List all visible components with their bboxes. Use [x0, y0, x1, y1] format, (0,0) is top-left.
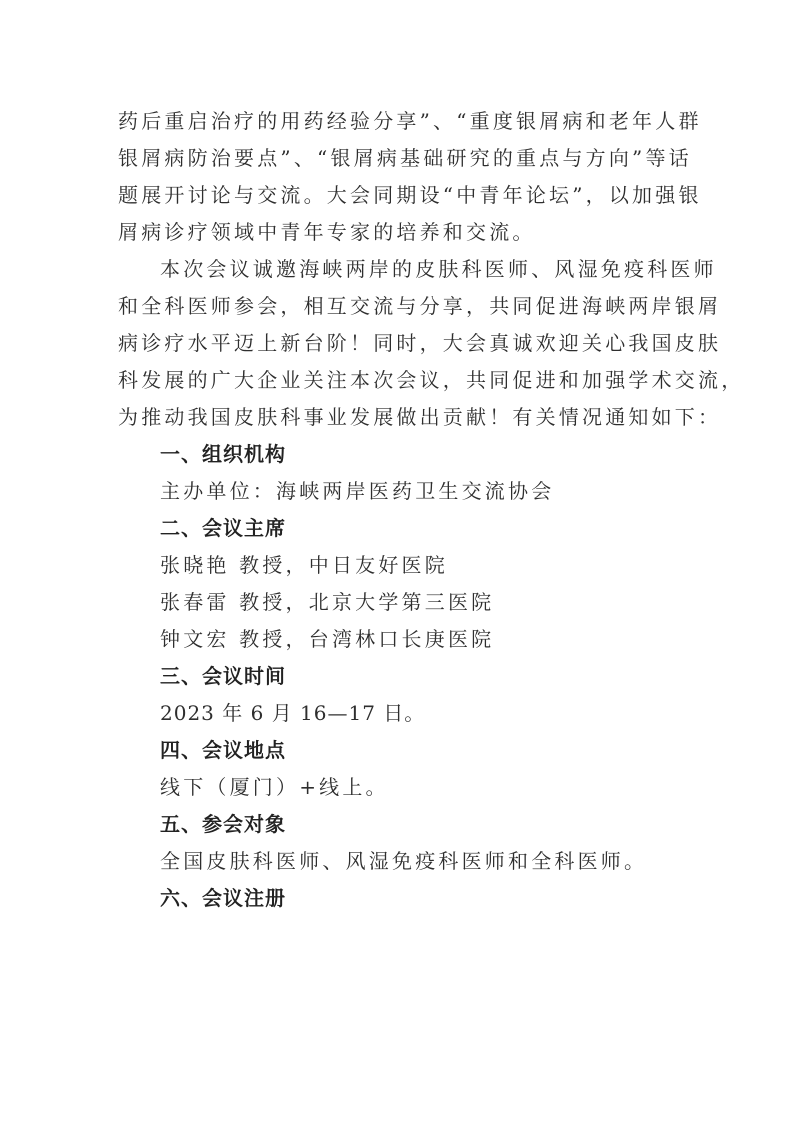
paragraph-line: 屑病诊疗领域中青年专家的培养和交流。: [118, 214, 678, 251]
target-attendees: 全国皮肤科医师、风湿免疫科医师和全科医师。: [118, 843, 678, 880]
paragraph-line: 和全科医师参会，相互交流与分享，共同促进海峡两岸银屑: [118, 288, 678, 325]
section-location: 四、会议地点 线下（厦门）+线上。: [118, 732, 678, 806]
document-page: 药后重启治疗的用药经验分享”、“重度银屑病和老年人群 银屑病防治要点”、“银屑病…: [0, 0, 793, 1122]
paragraph-line: 科发展的广大企业关注本次会议，共同促进和加强学术交流，: [118, 362, 678, 399]
paragraph-line: 为推动我国皮肤科事业发展做出贡献！有关情况通知如下：: [118, 399, 678, 436]
section-heading: 二、会议主席: [118, 510, 678, 547]
meeting-date: 2023 年 6 月 16—17 日。: [118, 695, 678, 732]
meeting-location: 线下（厦门）+线上。: [118, 769, 678, 806]
paragraph-line: 药后重启治疗的用药经验分享”、“重度银屑病和老年人群: [118, 103, 678, 140]
intro-paragraph: 药后重启治疗的用药经验分享”、“重度银屑病和老年人群 银屑病防治要点”、“银屑病…: [118, 103, 678, 251]
section-time: 三、会议时间 2023 年 6 月 16—17 日。: [118, 658, 678, 732]
paragraph-line: 题展开讨论与交流。大会同期设“中青年论坛”，以加强银: [118, 177, 678, 214]
paragraph-line: 病诊疗水平迈上新台阶！同时，大会真诚欢迎关心我国皮肤: [118, 325, 678, 362]
section-organization: 一、组织机构 主办单位：海峡两岸医药卫生交流协会: [118, 436, 678, 510]
paragraph-line: 本次会议诚邀海峡两岸的皮肤科医师、风湿免疫科医师: [118, 251, 678, 288]
chair-entry: 张春雷 教授，北京大学第三医院: [118, 584, 678, 621]
chair-entry: 张晓艳 教授，中日友好医院: [118, 547, 678, 584]
chair-entry: 钟文宏 教授，台湾林口长庚医院: [118, 621, 678, 658]
section-registration: 六、会议注册: [118, 880, 678, 917]
section-chairs: 二、会议主席 张晓艳 教授，中日友好医院 张春雷 教授，北京大学第三医院 钟文宏…: [118, 510, 678, 658]
document-body: 药后重启治疗的用药经验分享”、“重度银屑病和老年人群 银屑病防治要点”、“银屑病…: [118, 103, 678, 917]
section-attendees: 五、参会对象 全国皮肤科医师、风湿免疫科医师和全科医师。: [118, 806, 678, 880]
section-heading: 一、组织机构: [118, 436, 678, 473]
section-heading: 六、会议注册: [118, 880, 678, 917]
invitation-paragraph: 本次会议诚邀海峡两岸的皮肤科医师、风湿免疫科医师 和全科医师参会，相互交流与分享…: [118, 251, 678, 436]
section-heading: 三、会议时间: [118, 658, 678, 695]
paragraph-line: 银屑病防治要点”、“银屑病基础研究的重点与方向”等话: [118, 140, 678, 177]
section-heading: 五、参会对象: [118, 806, 678, 843]
section-heading: 四、会议地点: [118, 732, 678, 769]
organizer: 主办单位：海峡两岸医药卫生交流协会: [118, 473, 678, 510]
